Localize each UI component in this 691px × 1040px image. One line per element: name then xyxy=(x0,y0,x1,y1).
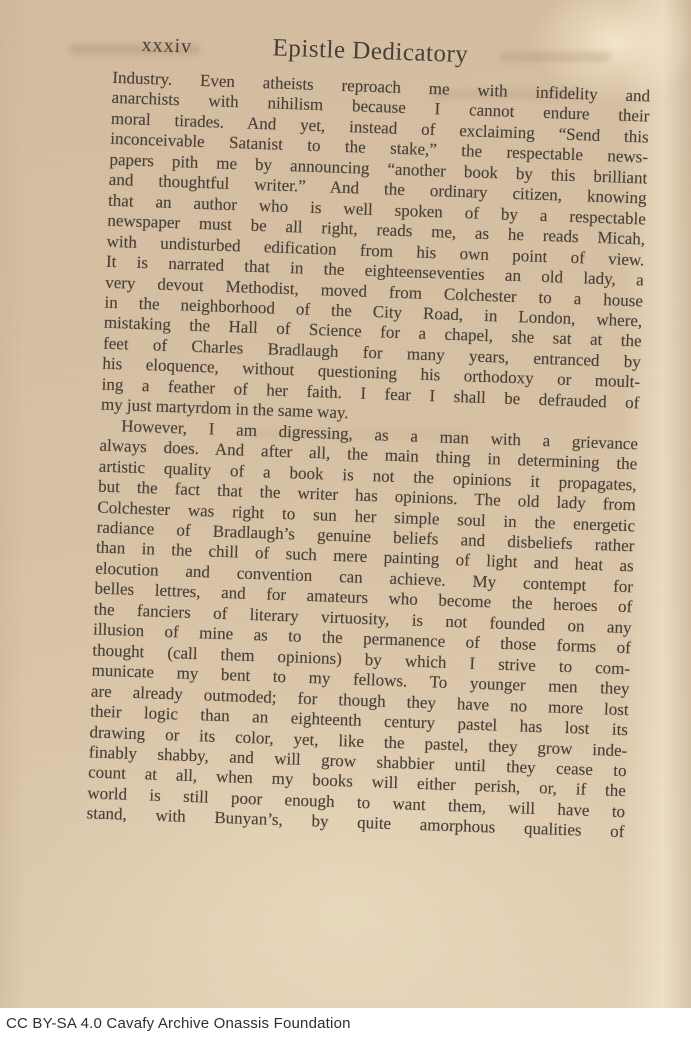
license-bar: CC BY-SA 4.0 Cavafy Archive Onassis Foun… xyxy=(0,1008,691,1040)
license-text: CC BY-SA 4.0 Cavafy Archive Onassis Foun… xyxy=(6,1015,351,1032)
body-text: Industry. Even atheists reproach me with… xyxy=(86,68,650,843)
scanned-page: xxxiv Epistle Dedicatory Industry. Even … xyxy=(0,0,691,1040)
page-content: xxxiv Epistle Dedicatory Industry. Even … xyxy=(86,29,651,843)
page-title: Epistle Dedicatory xyxy=(101,28,640,75)
